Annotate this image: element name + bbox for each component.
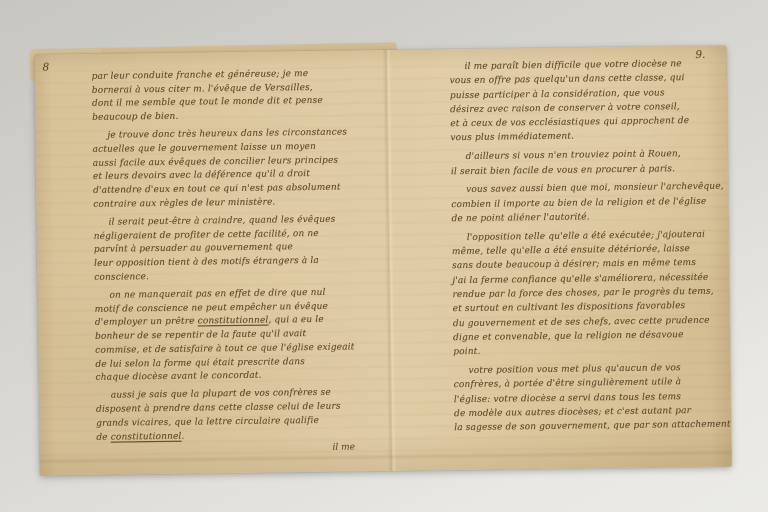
right-page-text: il me paraît bien difficile que votre di… (449, 56, 734, 440)
manuscript-line: chaque diocèse avant le concordat. (95, 368, 389, 386)
left-page-text: par leur conduite franche et généreuse; … (91, 67, 390, 450)
manuscript-line: il serait bien facile de vous en procure… (451, 161, 731, 179)
manuscript-line: la sagesse de son gouvernement, que par … (454, 418, 734, 436)
paragraph: l'opposition telle qu'elle a été exécuté… (452, 227, 734, 359)
manuscript-line: de ne point aliéner l'autorité. (451, 208, 731, 226)
catchword: il me (332, 442, 355, 452)
paragraph: il me paraît bien difficile que votre di… (449, 56, 730, 145)
paragraph: d'ailleurs si vous n'en trouviez point à… (451, 147, 731, 179)
paragraph: par leur conduite franche et généreuse; … (91, 67, 386, 126)
paragraph: vous savez aussi bien que moi, monsieur … (451, 180, 732, 227)
page-number-left: 8 (42, 61, 49, 73)
paragraph: on ne manquerait pas en effet de dire qu… (94, 286, 389, 386)
underlined-word: constitutionnel (198, 316, 269, 327)
manuscript-line: vous plus immédiatement. (450, 128, 730, 146)
paragraph: aussi je sais que la plupart de vos conf… (96, 386, 391, 445)
manuscript-paper: 8 9. par leur conduite franche et génére… (34, 45, 731, 475)
manuscript-line: conscience. (94, 268, 388, 286)
paragraph: votre position vous met plus qu'aucun de… (453, 360, 734, 435)
manuscript-line: beaucoup de bien. (92, 108, 386, 126)
underlined-word: constitutionnel (111, 431, 182, 442)
horizontal-crease (40, 449, 732, 464)
photo-background: 8 9. par leur conduite franche et génére… (0, 0, 768, 512)
manuscript-line: contraire aux règles de leur ministère. (93, 195, 387, 213)
paragraph: je trouve donc très heureux dans les cir… (92, 126, 387, 212)
paragraph: il serait peut-être à craindre, quand le… (93, 213, 388, 285)
